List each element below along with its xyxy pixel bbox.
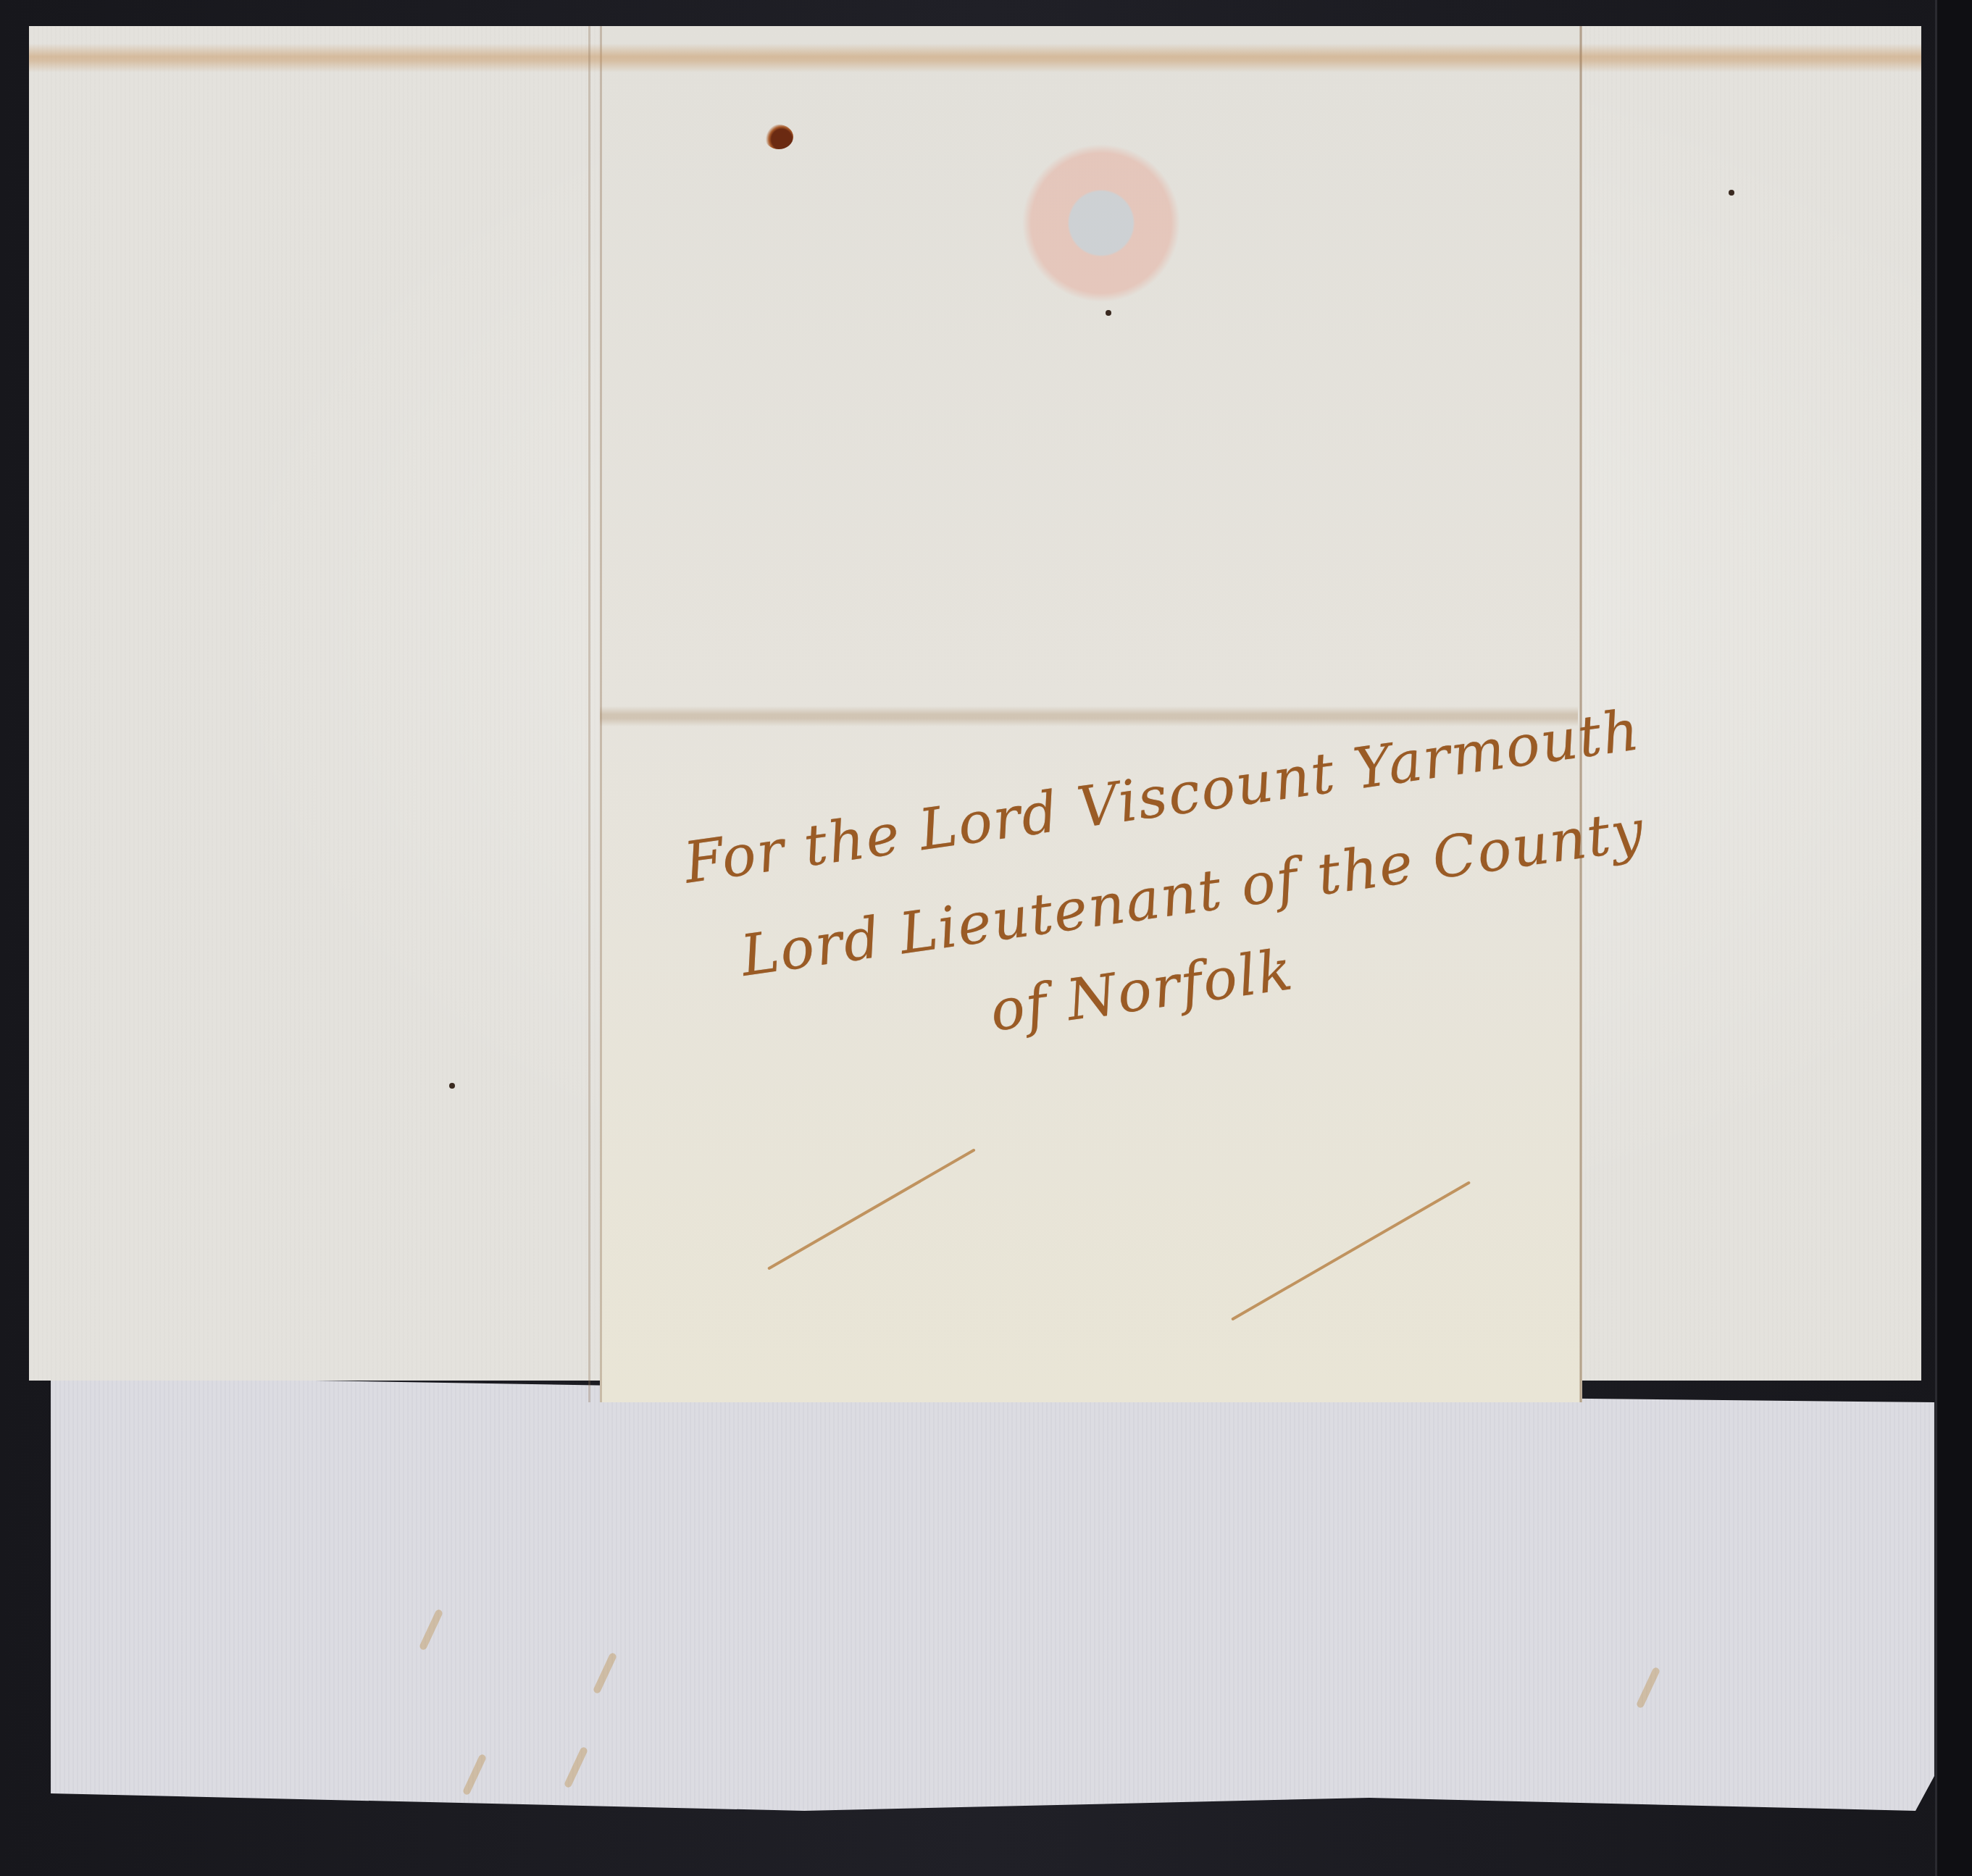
bleed-through-mark (462, 1754, 487, 1796)
fold-line-horizontal (600, 706, 1578, 726)
lower-leaf (51, 1376, 1934, 1811)
backdrop-edge (1935, 0, 1972, 1876)
wax-seal-residue (1021, 143, 1181, 303)
bleed-through-mark (1636, 1667, 1660, 1709)
bleed-through-mark (564, 1746, 588, 1789)
top-edge-stain (29, 43, 1921, 72)
bleed-through-mark (593, 1652, 617, 1695)
ink-speck (1106, 310, 1111, 316)
fold-line-left (588, 26, 590, 1402)
ink-speck (1729, 190, 1734, 196)
ink-blot (764, 125, 793, 149)
ink-speck (449, 1083, 455, 1089)
bleed-through-mark (419, 1609, 443, 1651)
